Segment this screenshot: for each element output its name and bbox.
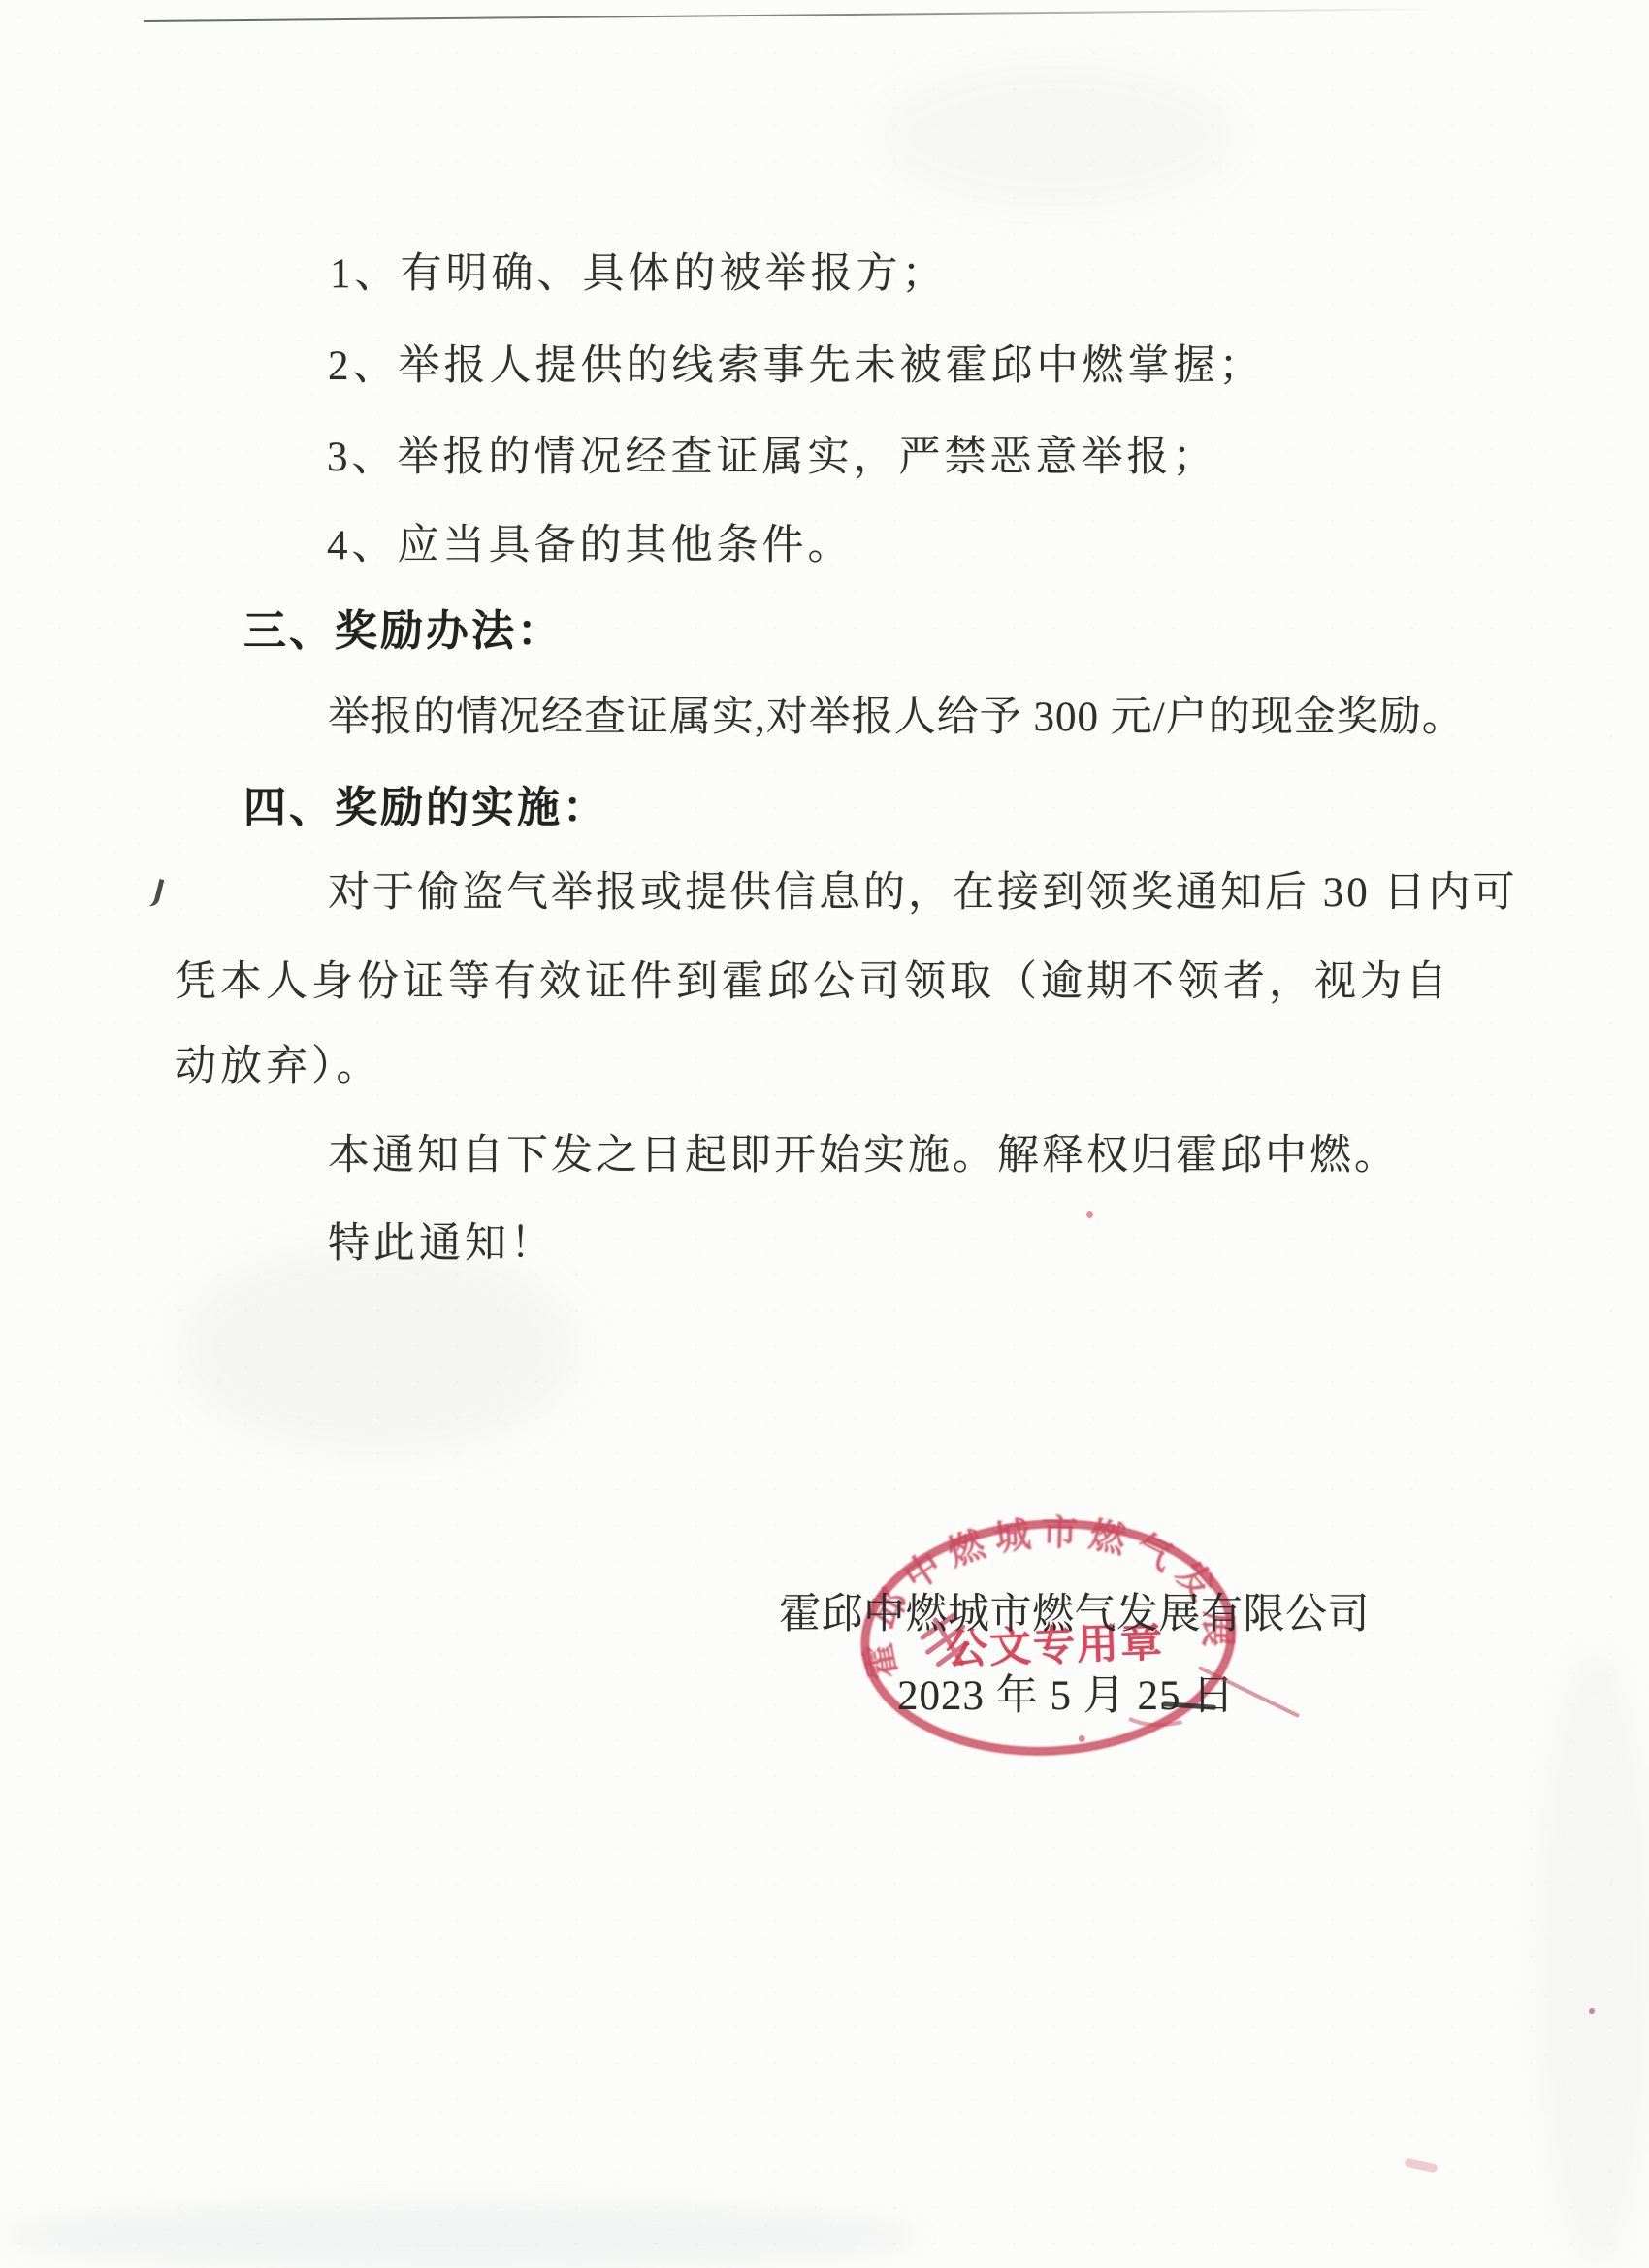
scan-smudge <box>0 2202 921 2268</box>
scan-smudge <box>1533 1649 1649 2268</box>
ink-speck <box>1086 1211 1093 1218</box>
doc-line-item-2: 2、举报人提供的线索事先未被霍邱中燃掌握； <box>328 333 1265 392</box>
scan-smudge <box>175 1242 582 1455</box>
doc-line-item-3: 3、举报的情况经查证属实，严禁恶意举报； <box>327 424 1218 483</box>
doc-line-para-4-1: 对于偷盗气举报或提供信息的，在接到领奖通知后 30 日内可 <box>328 859 1518 919</box>
doc-line-para-5: 本通知自下发之日起即开始实施。解释权归霍邱中燃。 <box>328 1122 1399 1182</box>
stamp-ink-speck <box>1079 1735 1085 1742</box>
ink-speck <box>1589 2008 1595 2014</box>
doc-line-item-1: 1、有明确、具体的被举报方； <box>330 241 948 300</box>
doc-line-para-4-3: 动放弃）。 <box>175 1033 382 1092</box>
pen-mark <box>145 877 165 908</box>
doc-heading-section-3: 三、奖励办法： <box>243 596 563 658</box>
document-page: 1、有明确、具体的被举报方； 2、举报人提供的线索事先未被霍邱中燃掌握； 3、举… <box>0 0 1649 2268</box>
doc-line-para-3: 举报的情况经查证属实,对举报人给予 300 元/户的现金奖励。 <box>328 684 1465 743</box>
scanner-edge-line <box>144 8 1448 22</box>
signature-date: 2023 年 5 月 25 日 <box>897 1663 1235 1722</box>
doc-line-para-6: 特此通知！ <box>328 1211 556 1270</box>
doc-line-para-4-2: 凭本人身份证等有效证件到霍邱公司领取（逾期不领者，视为自 <box>175 949 1451 1008</box>
scan-smudge <box>873 58 1242 213</box>
ink-speck <box>1404 2158 1438 2174</box>
doc-heading-section-4: 四、奖励的实施： <box>243 772 608 834</box>
signature-company: 霍邱中燃城市燃气发展有限公司 <box>779 1581 1370 1640</box>
doc-line-item-4: 4、应当具备的其他条件。 <box>327 512 854 571</box>
